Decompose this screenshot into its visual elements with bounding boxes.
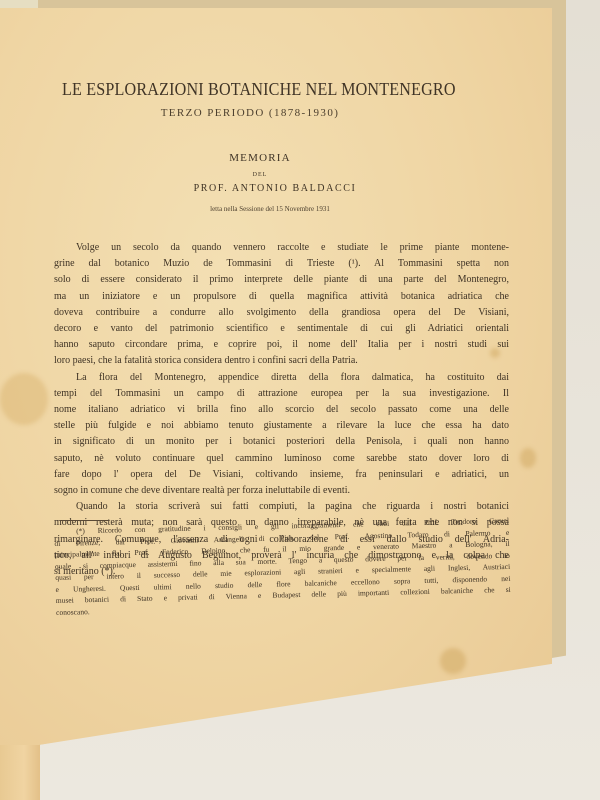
body-line: hanno saputo circondare prima, e coprire… [54,337,509,353]
document-subtitle: TERZO PERIODO (1878-1930) [130,107,370,119]
session-note: letta nella Sessione del 15 Novembre 193… [170,205,370,213]
body-line: nome italiano adriatico vi brilla fino a… [54,402,509,418]
foxing-stain [520,448,536,468]
footnote-divider [60,520,108,521]
body-line: grine dal botanico Muzio de Tommasini di… [54,256,509,272]
footnotes: (*) Ricordo con gratitudine i consigli e… [54,515,511,618]
document-title: LE ESPLORAZIONI BOTANICHE NEL MONTENEGRO [62,79,410,100]
water-stain [0,373,48,425]
body-line: saputo, nè voluto continuare quel cammin… [54,451,509,467]
body-line: doveva contribuire a condurre allo svolg… [54,305,509,321]
author-name: PROF. ANTONIO BALDACCI [145,183,405,194]
memoria-heading: MEMORIA [200,152,320,164]
body-line: sogno in comune che deve diventare realt… [54,483,509,499]
del-label: DEL [230,172,290,178]
body-line: in significato di un monito per i botani… [54,434,509,450]
body-line: solo di essere considerato il primo inte… [54,272,509,288]
body-line: loro paesi, che la fatalità storica cons… [54,353,509,369]
body-line: fare dopo l' opera del De Visiani, colti… [54,467,509,483]
body-line: tempi del Tommasini un campo di attrazio… [54,386,509,402]
body-line: Quando la storia scriverà sui fatti comp… [54,499,509,515]
body-line: La flora del Montenegro, appendice diret… [54,370,509,386]
body-line: ma un iniziatore e un propulsore di quel… [54,289,509,305]
body-line: stelle più fulgide e noi abbiamo tenuto … [54,418,509,434]
body-line: Volge un secolo da quando vennero raccol… [54,240,509,256]
foxing-stain [440,648,466,674]
body-line: decoro e vanto del patrimonio scientific… [54,321,509,337]
